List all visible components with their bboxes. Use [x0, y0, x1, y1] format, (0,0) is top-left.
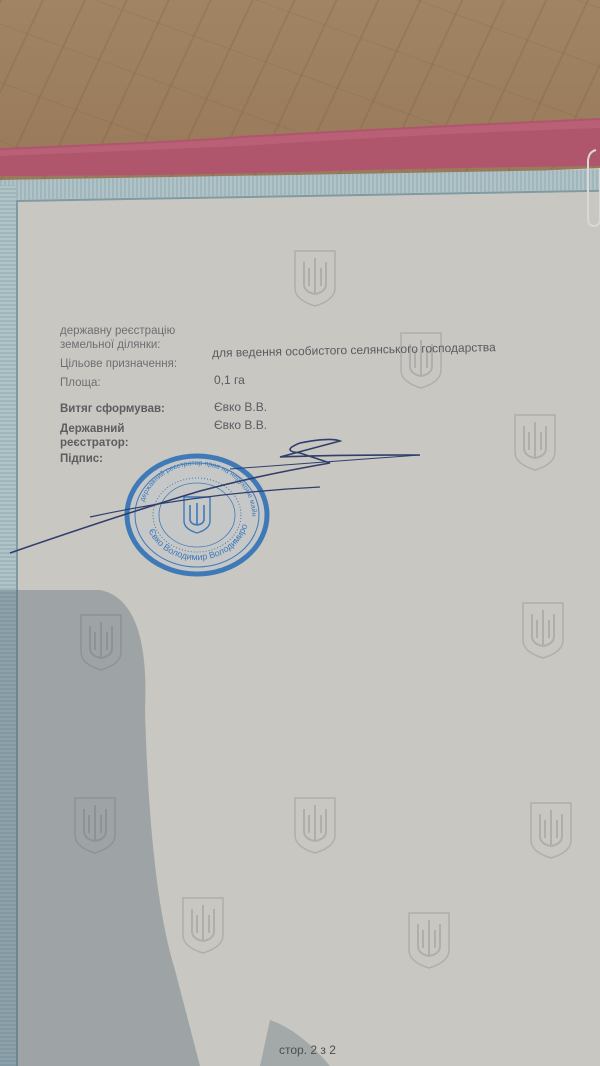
trident-watermark-icon [78, 612, 124, 672]
field-label-purpose: Цільове призначення: [60, 358, 177, 370]
trident-watermark-icon [398, 330, 444, 390]
paper-clip-icon [580, 148, 600, 228]
field-label-formed-by: Витяг сформував: [60, 403, 165, 415]
trident-watermark-icon [292, 795, 338, 855]
trident-watermark-icon [180, 895, 226, 955]
field-label-registration: державну реєстрацію земельної ділянки: [60, 324, 175, 352]
paper-border-left [0, 185, 16, 1066]
trident-watermark-icon [406, 910, 452, 970]
field-value-registrar: Євко В.В. [214, 418, 267, 432]
registration-label-line1: державну реєстрацію [60, 325, 175, 337]
trident-watermark-icon [528, 800, 574, 860]
registration-label-line2: земельної ділянки: [60, 339, 161, 351]
page-number: стор. 2 з 2 [279, 1043, 336, 1057]
pink-plastic-band [0, 0, 600, 200]
field-value-formed-by: Євко В.В. [214, 400, 267, 414]
registrar-label-line1: Державний [60, 423, 124, 435]
trident-watermark-icon [72, 795, 118, 855]
trident-watermark-icon [292, 248, 338, 308]
handwritten-signature [0, 435, 600, 575]
field-label-area: Площа: [60, 377, 101, 389]
paper-inner-line-left [16, 200, 18, 1066]
trident-watermark-icon [520, 600, 566, 660]
field-value-area: 0,1 га [214, 373, 245, 387]
